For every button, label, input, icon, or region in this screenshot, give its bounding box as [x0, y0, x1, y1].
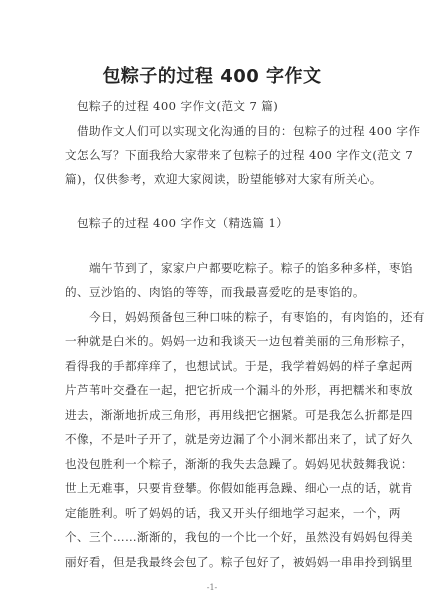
- paragraph-line: 看得我的手都痒痒了，也想试试。于是，我学着妈妈的样子拿起两: [65, 359, 361, 373]
- paragraph-line: 端午节到了，家家户户都要吃粽子。粽子的馅多种多样，枣馅: [65, 261, 385, 275]
- paragraph-line: 丽好看，但是我最终会包了。粽子包好了，被妈妈一串串拎到锅里: [65, 555, 361, 569]
- page-number: -1-: [0, 583, 424, 592]
- paragraph-line: 片芦苇叶交叠在一起，把它折成一个漏斗的外形，再把糯米和枣放: [65, 383, 361, 397]
- subtitle: 包粽子的过程 400 字作文(范文 7 篇): [65, 99, 373, 113]
- paragraph-line: 一种就是白米的。妈妈一边和我谈天一边包着美丽的三角形粽子，: [65, 334, 361, 348]
- intro-line: 借助作文人们可以实现文化沟通的目的：包粽子的过程 400 字作: [65, 124, 373, 138]
- document-page: 包粽子的过程 400 字作文 包粽子的过程 400 字作文(范文 7 篇) 借助…: [0, 0, 424, 600]
- intro-line: 篇)，仅供参考，欢迎大家阅读，盼望能够对大家有所关心。: [65, 172, 361, 186]
- document-title: 包粽子的过程 400 字作文: [0, 62, 424, 88]
- paragraph-line: 个、三个……渐渐的，我包的一个比一个好，虽然没有妈妈包得美: [65, 530, 361, 544]
- paragraph-line: 进去，渐渐地折成三角形，再用线把它捆紧。可是我怎么折都是四: [65, 408, 361, 422]
- paragraph-line: 世上无难事，只要肯登攀。你假如能再急躁、细心一点的话，就肯: [65, 481, 361, 495]
- paragraph-line: 也没包胜利一个粽子，渐渐的我失去急躁了。妈妈见状鼓舞我说：: [65, 457, 361, 471]
- section-heading: 包粽子的过程 400 字作文（精选篇 1）: [65, 216, 373, 230]
- paragraph-line: 定能胜利。听了妈妈的话，我又开头仔细地学习起来，一个，两: [65, 506, 361, 520]
- paragraph-line: 今日，妈妈预备包三种口味的粽子，有枣馅的，有肉馅的，还有: [65, 310, 385, 324]
- intro-line: 文怎么写？下面我给大家带来了包粽子的过程 400 字作文(范文 7: [65, 148, 361, 162]
- paragraph-line: 不像，不是叶子开了，就是旁边漏了个小洞米都出来了，试了好久: [65, 432, 361, 446]
- paragraph-line: 的、豆沙馅的、肉馅的等等，而我最喜爱吃的是枣馅的。: [65, 285, 361, 299]
